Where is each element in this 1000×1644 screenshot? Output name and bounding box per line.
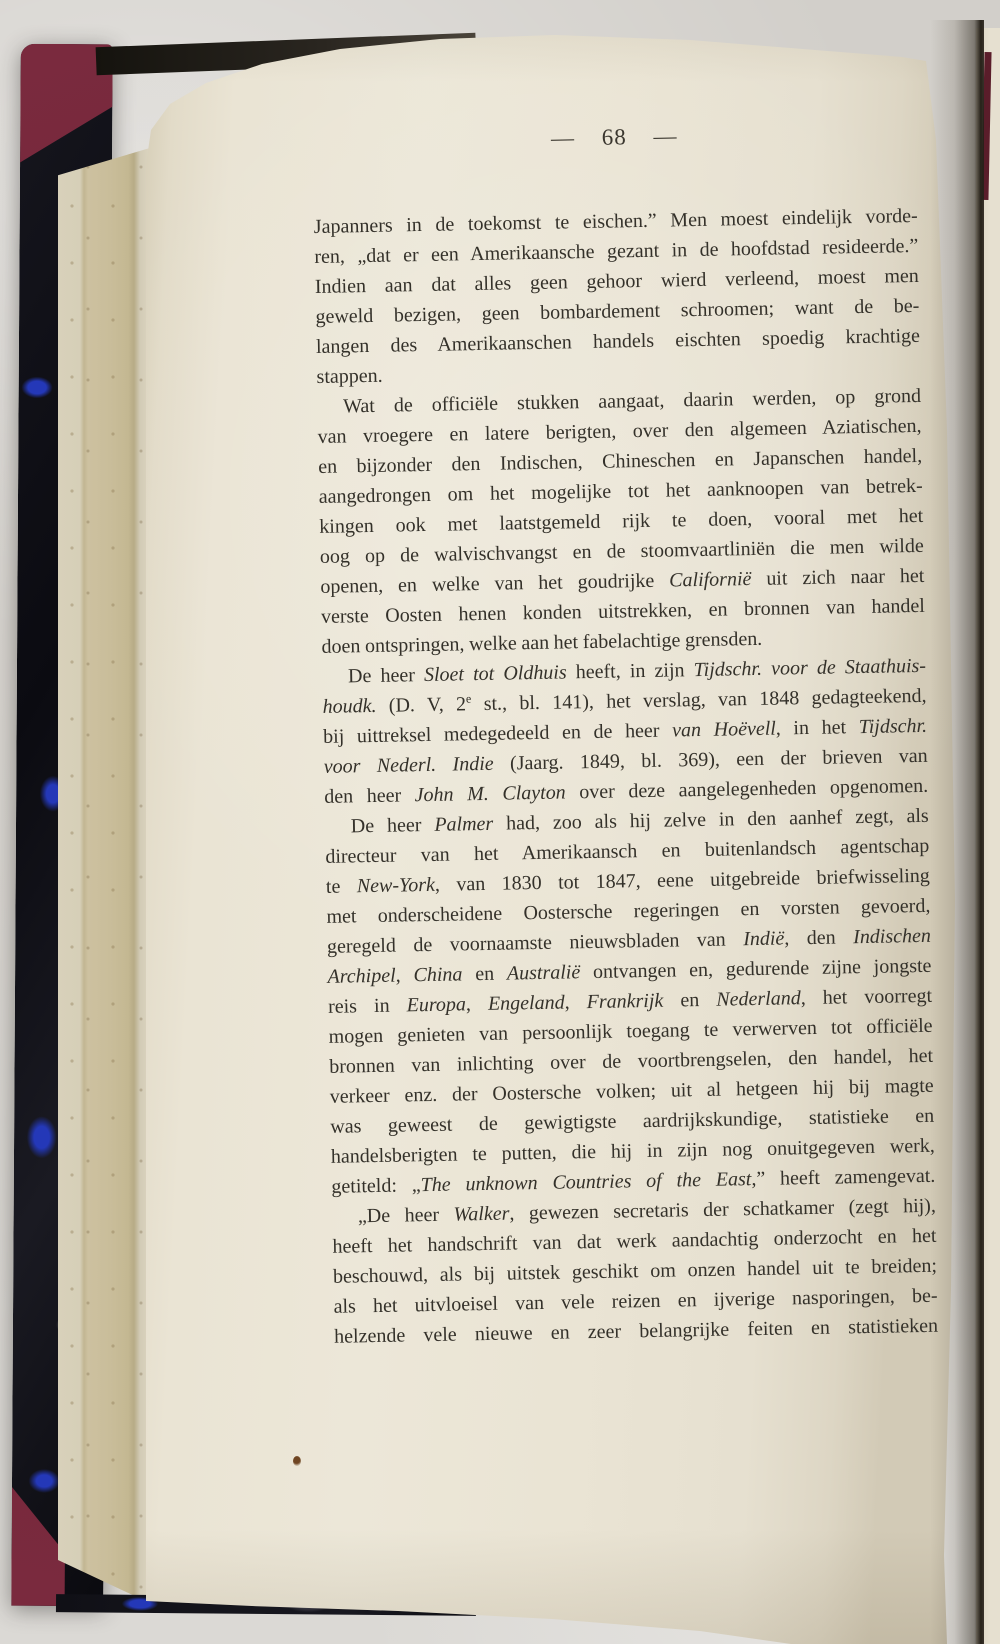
page-number-value: 68 bbox=[601, 124, 626, 149]
page-text-block: — 68 — Japanners in de toekomst te eisch… bbox=[312, 117, 938, 1352]
paragraph: Japanners in de toekomst te eischen.” Me… bbox=[314, 201, 921, 392]
paragraph: Wat de officiële stukken aangaat, daarin… bbox=[317, 381, 926, 662]
book-photo-scene: — 68 — Japanners in de toekomst te eisch… bbox=[0, 0, 1000, 1644]
text-lines: Japanners in de toekomst te eischen.” Me… bbox=[314, 201, 939, 1352]
page-number-dash-right: — bbox=[653, 123, 677, 148]
page-fore-edge-stack bbox=[58, 140, 152, 1610]
page-number: — 68 — bbox=[312, 117, 916, 158]
paragraph: „De heer Walker, gewezen secretaris der … bbox=[332, 1191, 939, 1352]
paragraph: De heer Sloet tot Oldhuis heeft, in zijn… bbox=[322, 651, 929, 812]
gutter-shadow bbox=[930, 20, 984, 1644]
book-page: — 68 — Japanners in de toekomst te eisch… bbox=[0, 0, 1000, 1644]
paragraph: De heer Palmer had, zoo als hij zelve in… bbox=[325, 801, 936, 1202]
page-number-dash-left: — bbox=[551, 125, 575, 150]
foxing-spot bbox=[293, 1456, 301, 1466]
